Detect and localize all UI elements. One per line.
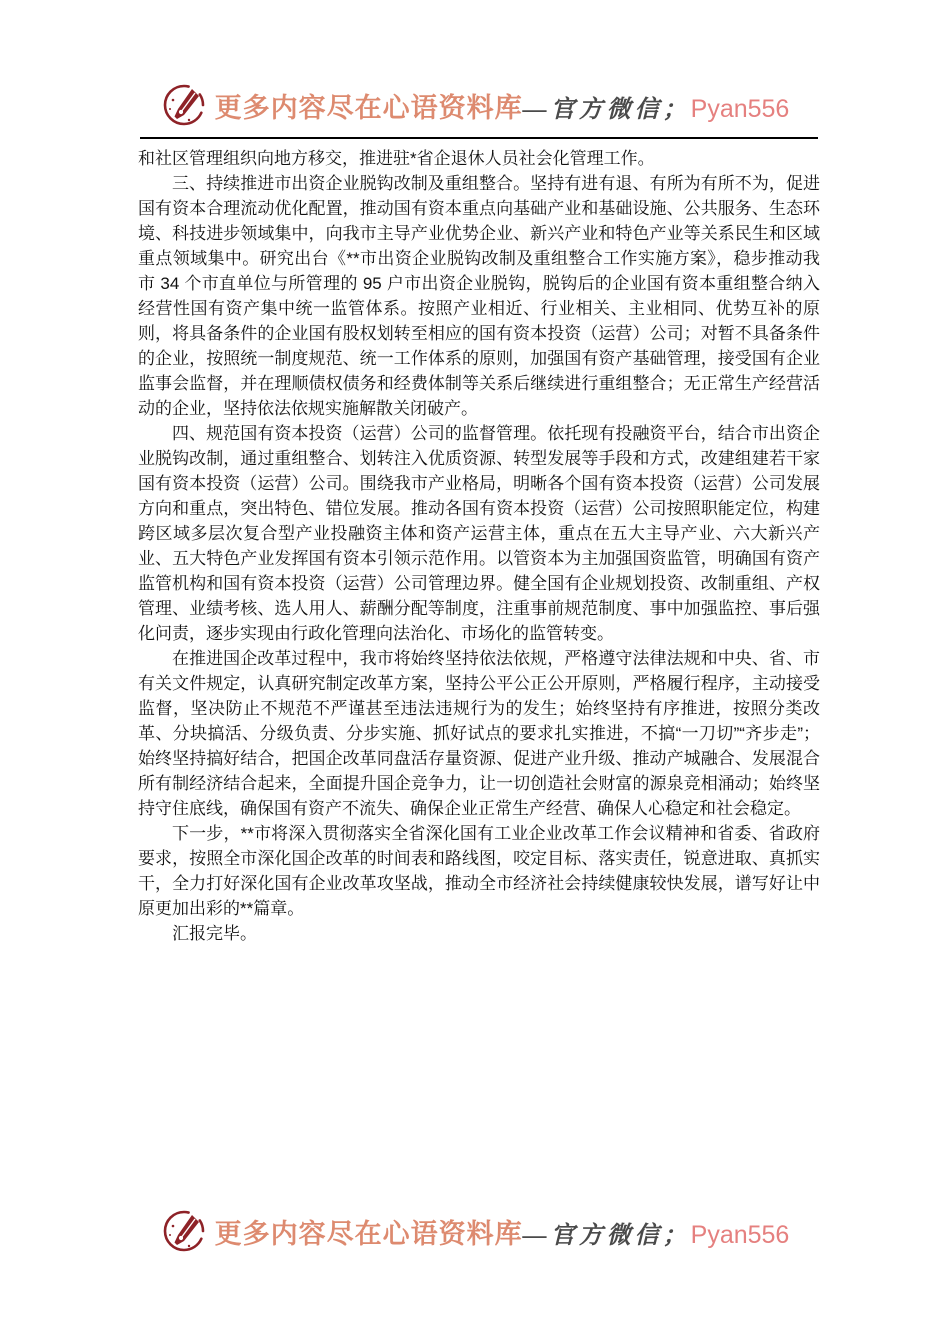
pen-nib-logo-icon [161, 82, 207, 128]
paragraph-section-3: 三、持续推进市出资企业脱钩改制及重组整合。坚持有进有退、有所为有所不为，促进国有… [138, 171, 820, 421]
brand-text-wechat: —官方微信； [523, 89, 691, 124]
brand-text-main: 更多内容尽在心语资料库 [215, 86, 523, 125]
paragraph-next-steps: 下一步，**市将深入贯彻落实全省深化国有工业企业改革工作会议精神和省委、省政府要… [138, 821, 820, 921]
document-body: 和社区管理组织向地方移交，推进驻*省企退休人员社会化管理工作。 三、持续推进市出… [138, 146, 820, 946]
brand-text-id: Pyan556 [691, 95, 790, 124]
footer-brand-text: 更多内容尽在心语资料库 —官方微信； Pyan556 [215, 1212, 790, 1251]
brand-text-id: Pyan556 [691, 1221, 790, 1250]
document-page: 更多内容尽在心语资料库 —官方微信； Pyan556 和社区管理组织向地方移交，… [0, 0, 950, 1344]
paragraph-continuation: 和社区管理组织向地方移交，推进驻*省企退休人员社会化管理工作。 [138, 146, 820, 171]
brand-text-wechat: —官方微信； [523, 1215, 691, 1250]
paragraph-closing: 汇报完毕。 [138, 921, 820, 946]
brand-text-main: 更多内容尽在心语资料库 [215, 1212, 523, 1251]
paragraph-principles: 在推进国企改革过程中，我市将始终坚持依法依规，严格遵守法律法规和中央、省、市有关… [138, 646, 820, 821]
paragraph-section-4: 四、规范国有资本投资（运营）公司的监督管理。依托现有投融资平台，结合市出资企业脱… [138, 421, 820, 646]
header-brand-text: 更多内容尽在心语资料库 —官方微信； Pyan556 [215, 86, 790, 125]
header-divider [140, 137, 818, 139]
header-brand: 更多内容尽在心语资料库 —官方微信； Pyan556 [0, 82, 950, 128]
pen-nib-logo-icon [161, 1208, 207, 1254]
footer-brand: 更多内容尽在心语资料库 —官方微信； Pyan556 [0, 1208, 950, 1254]
